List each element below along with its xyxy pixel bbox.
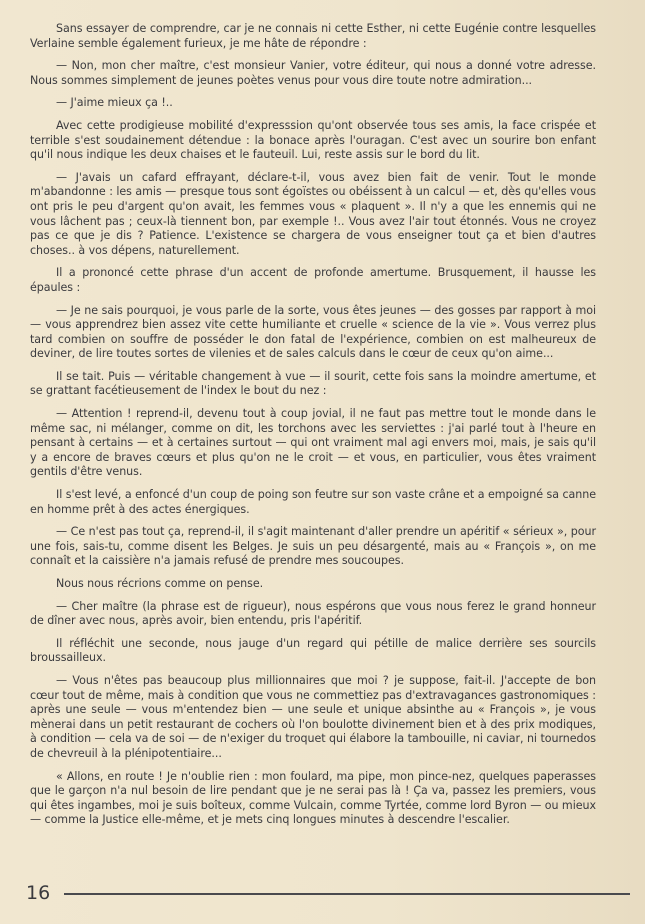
paragraph: — Non, mon cher maître, c'est monsieur V… [30, 59, 596, 88]
paragraph: — J'avais un cafard effrayant, déclare-t… [30, 171, 596, 259]
paragraph: — Vous n'êtes pas beaucoup plus millionn… [30, 674, 596, 762]
paragraph: Il se tait. Puis — véritable changement … [30, 370, 596, 399]
paragraph: Avec cette prodigieuse mobilité d'expres… [30, 119, 596, 163]
paragraph: Nous nous récrions comme on pense. [30, 577, 596, 592]
paragraph: Il s'est levé, a enfoncé d'un coup de po… [30, 488, 596, 517]
paragraph: Sans essayer de comprendre, car je ne co… [30, 22, 596, 51]
paragraph: — Ce n'est pas tout ça, reprend-il, il s… [30, 525, 596, 569]
paragraph: — Cher maître (la phrase est de rigueur)… [30, 600, 596, 629]
paragraph: Il réfléchit une seconde, nous jauge d'u… [30, 637, 596, 666]
page-body: Sans essayer de comprendre, car je ne co… [30, 22, 596, 836]
paragraph: — Attention ! reprend-il, devenu tout à … [30, 407, 596, 480]
page-footer: 16 [26, 883, 630, 903]
paragraph: Il a prononcé cette phrase d'un accent d… [30, 266, 596, 295]
page-number: 16 [26, 883, 50, 903]
footer-rule [64, 893, 630, 895]
paragraph: — Je ne sais pourquoi, je vous parle de … [30, 304, 596, 362]
paragraph: — J'aime mieux ça !.. [30, 96, 596, 111]
paragraph: « Allons, en route ! Je n'oublie rien : … [30, 770, 596, 828]
